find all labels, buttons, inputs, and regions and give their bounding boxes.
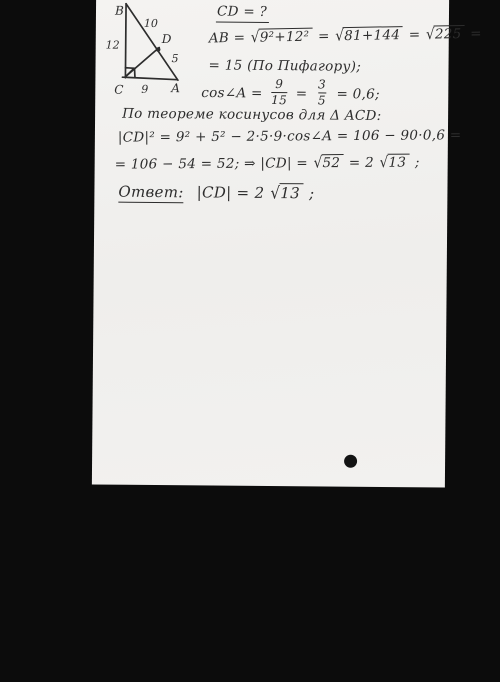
vertex-a-label: A	[170, 81, 180, 95]
ab-line: AB = √9²+12² = √81+144 = √225 =	[209, 25, 482, 48]
sqrt-icon: √	[270, 183, 280, 204]
equals-sign: =	[296, 86, 308, 102]
question-line: CD = ?	[216, 4, 269, 21]
sqrt-expression: √13	[270, 183, 303, 203]
cos-result: = 0,6;	[336, 86, 380, 102]
fraction-denominator: 5	[318, 92, 326, 107]
sqrt-icon: √	[251, 29, 260, 48]
point-d-dot	[156, 47, 161, 52]
sqrt-expression: √9²+12²	[251, 28, 313, 47]
sqrt-icon: √	[314, 154, 323, 173]
vertex-b-label: B	[114, 4, 124, 18]
answer-line: Ответ: |CD| = 2 √13 ;	[118, 182, 314, 203]
radicand: 225	[434, 25, 465, 43]
side-bc-label: 12	[106, 39, 120, 52]
side-bd-label: 10	[144, 17, 158, 30]
radicand: 13	[387, 154, 409, 172]
radicand: 52	[321, 154, 343, 172]
side-bc-line	[125, 4, 126, 78]
fraction-denominator: 15	[271, 92, 287, 107]
sqrt-expression: √225	[426, 25, 465, 44]
radicand: 81+144	[343, 26, 403, 45]
ab-prefix: AB =	[209, 30, 246, 47]
scan-background: B 10 12 D 5 C 9 A CD = ? AB = √9²+12² = …	[0, 0, 500, 682]
answer-suffix: ;	[309, 184, 315, 202]
theorem-text: По теореме косинусов для Δ ACD:	[122, 106, 382, 124]
theorem-line: По теореме косинусов для Δ ACD:	[122, 106, 382, 125]
equals-sign: =	[470, 26, 482, 42]
fraction-numerator: 3	[316, 78, 328, 92]
pythagoras-line: = 15 (По Пифагору);	[208, 57, 361, 75]
radicand: 9²+12²	[259, 28, 313, 47]
question-text: CD = ?	[216, 4, 269, 23]
result-line: = 106 − 54 = 52; ⇒ |CD| = √52 = 2 √13 ;	[115, 154, 420, 174]
sqrt-expression: √81+144	[335, 26, 403, 45]
fraction-numerator: 9	[273, 78, 285, 92]
fraction: 9 15	[271, 78, 287, 106]
paper-sheet: B 10 12 D 5 C 9 A CD = ? AB = √9²+12² = …	[92, 0, 449, 488]
cos-prefix: cos∠A =	[201, 85, 263, 102]
cd-squared-line: |CD|² = 9² + 5² − 2·5·9·cos∠A = 106 − 90…	[118, 127, 462, 146]
sqrt-icon: √	[426, 25, 435, 44]
pythagoras-text: = 15 (По Пифагору);	[208, 57, 361, 74]
radicand: 13	[279, 183, 303, 203]
sqrt-icon: √	[335, 27, 344, 46]
sqrt-expression: √52	[314, 154, 344, 172]
answer-label: Ответ:	[118, 183, 183, 204]
fraction: 3 5	[316, 78, 328, 106]
answer-prefix: |CD| = 2	[197, 183, 265, 202]
triangle-diagram: B 10 12 D 5 C 9 A	[103, 1, 204, 98]
sqrt-expression: √13	[379, 154, 409, 172]
vertex-c-label: C	[114, 83, 123, 97]
side-ca-label: 9	[141, 83, 148, 96]
cd-squared-text: |CD|² = 9² + 5² − 2·5·9·cos∠A = 106 − 90…	[118, 127, 462, 145]
point-d-label: D	[161, 32, 172, 46]
equals-sign: =	[318, 28, 330, 44]
sqrt-icon: √	[379, 154, 388, 173]
hole-punch-dot	[344, 455, 357, 468]
result-prefix: = 106 − 54 = 52; ⇒ |CD| =	[115, 155, 308, 172]
result-suffix: ;	[415, 155, 420, 171]
side-ca-line	[122, 77, 177, 79]
sheet-content: B 10 12 D 5 C 9 A CD = ? AB = √9²+12² = …	[92, 0, 449, 488]
equals-sign: =	[409, 27, 421, 43]
side-da-label: 5	[172, 52, 179, 65]
right-angle-hatch	[125, 68, 134, 77]
result-mid: = 2	[349, 155, 374, 171]
